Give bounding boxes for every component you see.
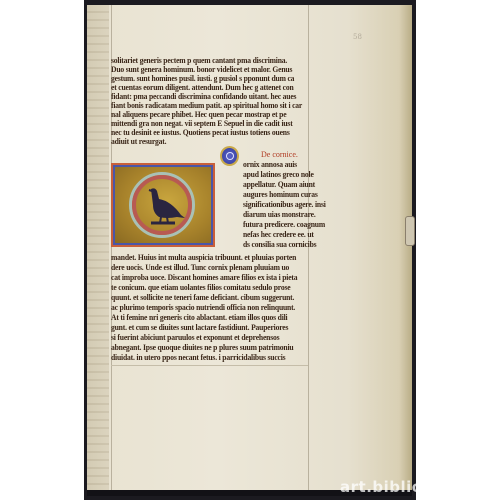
- text-line: ac plurimo temporis spacio nutriendi off…: [111, 303, 295, 312]
- text-line: solitariet generis pectem p quem cantant…: [111, 56, 287, 65]
- text-line: fiant bonis radicatam medium patit. ap s…: [111, 101, 302, 110]
- text-line: fidant: pma peccandi discrimina confidan…: [111, 92, 296, 101]
- text-line: significationibus agere. insi: [243, 200, 326, 209]
- text-line: augures hominum curas: [243, 190, 318, 199]
- text-line: ds consilia sua cornicibs: [243, 240, 316, 249]
- ruling-line: [111, 365, 308, 366]
- text-line: cat improba uoce. Discant homines amare …: [111, 273, 297, 282]
- text-line: ornix annosa auis: [243, 160, 297, 169]
- text-line: mandet. Huius int multa auspicia tribuun…: [111, 253, 296, 262]
- gold-ground: [113, 165, 213, 245]
- miniature-frame: [111, 163, 215, 247]
- text-line: appellatur. Quam aiunt: [243, 180, 315, 189]
- watermark: art.biblioclub.ru: [340, 478, 485, 496]
- text-line: At ti femine nri generis cito ablactant.…: [111, 313, 287, 322]
- text-line: mittendi gra non negat. vii septem E Sep…: [111, 119, 293, 128]
- crow-icon: [141, 185, 187, 229]
- text-line: nec tu desinit ee iustus. Quotiens pecat…: [111, 128, 290, 137]
- text-line: et cuentas eorum diligent. attendunt. Du…: [111, 83, 294, 92]
- text-line: si fuerint abiciunt paruulos et exponunt…: [111, 333, 279, 342]
- folio-number: 58: [353, 33, 362, 41]
- rubric-heading: De cornice.: [261, 150, 298, 159]
- text-line: Duo sunt genera hominum. bonor videlicet…: [111, 65, 292, 74]
- text-line: abnegant. Ipse quoque diuites ne p plure…: [111, 343, 293, 352]
- text-line: apud latinos greco nole: [243, 170, 314, 179]
- binding-gutter: [87, 5, 109, 494]
- ruling-line: [308, 5, 309, 494]
- text-line: diuidat. in utero ppos necant fetus. i p…: [111, 353, 285, 362]
- text-line: futura predicere. coagnum: [243, 220, 325, 229]
- text-line: diarum uias monstrare.: [243, 210, 316, 219]
- clasp-tab: [405, 216, 415, 246]
- text-line: gestum. sunt homines pusil. iusti. g pus…: [111, 74, 294, 83]
- text-line: gunt. et cum se diuites sunt lactare fas…: [111, 323, 288, 332]
- text-line: dere uocis. Unde est illud. Tunc cornix …: [111, 263, 289, 272]
- manuscript-page: 58 solitariet generis pectem p quem cant…: [87, 5, 412, 494]
- text-line: te conicum. que etiam uolantes filios co…: [111, 283, 290, 292]
- text-line: nal aliquens pecare phibet. Hec quen pec…: [111, 110, 286, 119]
- text-line: adiuit ut resurgat.: [111, 137, 166, 146]
- text-line: quunt. et sollicite ne teneri fame defic…: [111, 293, 294, 302]
- text-line: nefas hec credere ee. ut: [243, 230, 314, 239]
- decorated-initial-c: [220, 146, 239, 166]
